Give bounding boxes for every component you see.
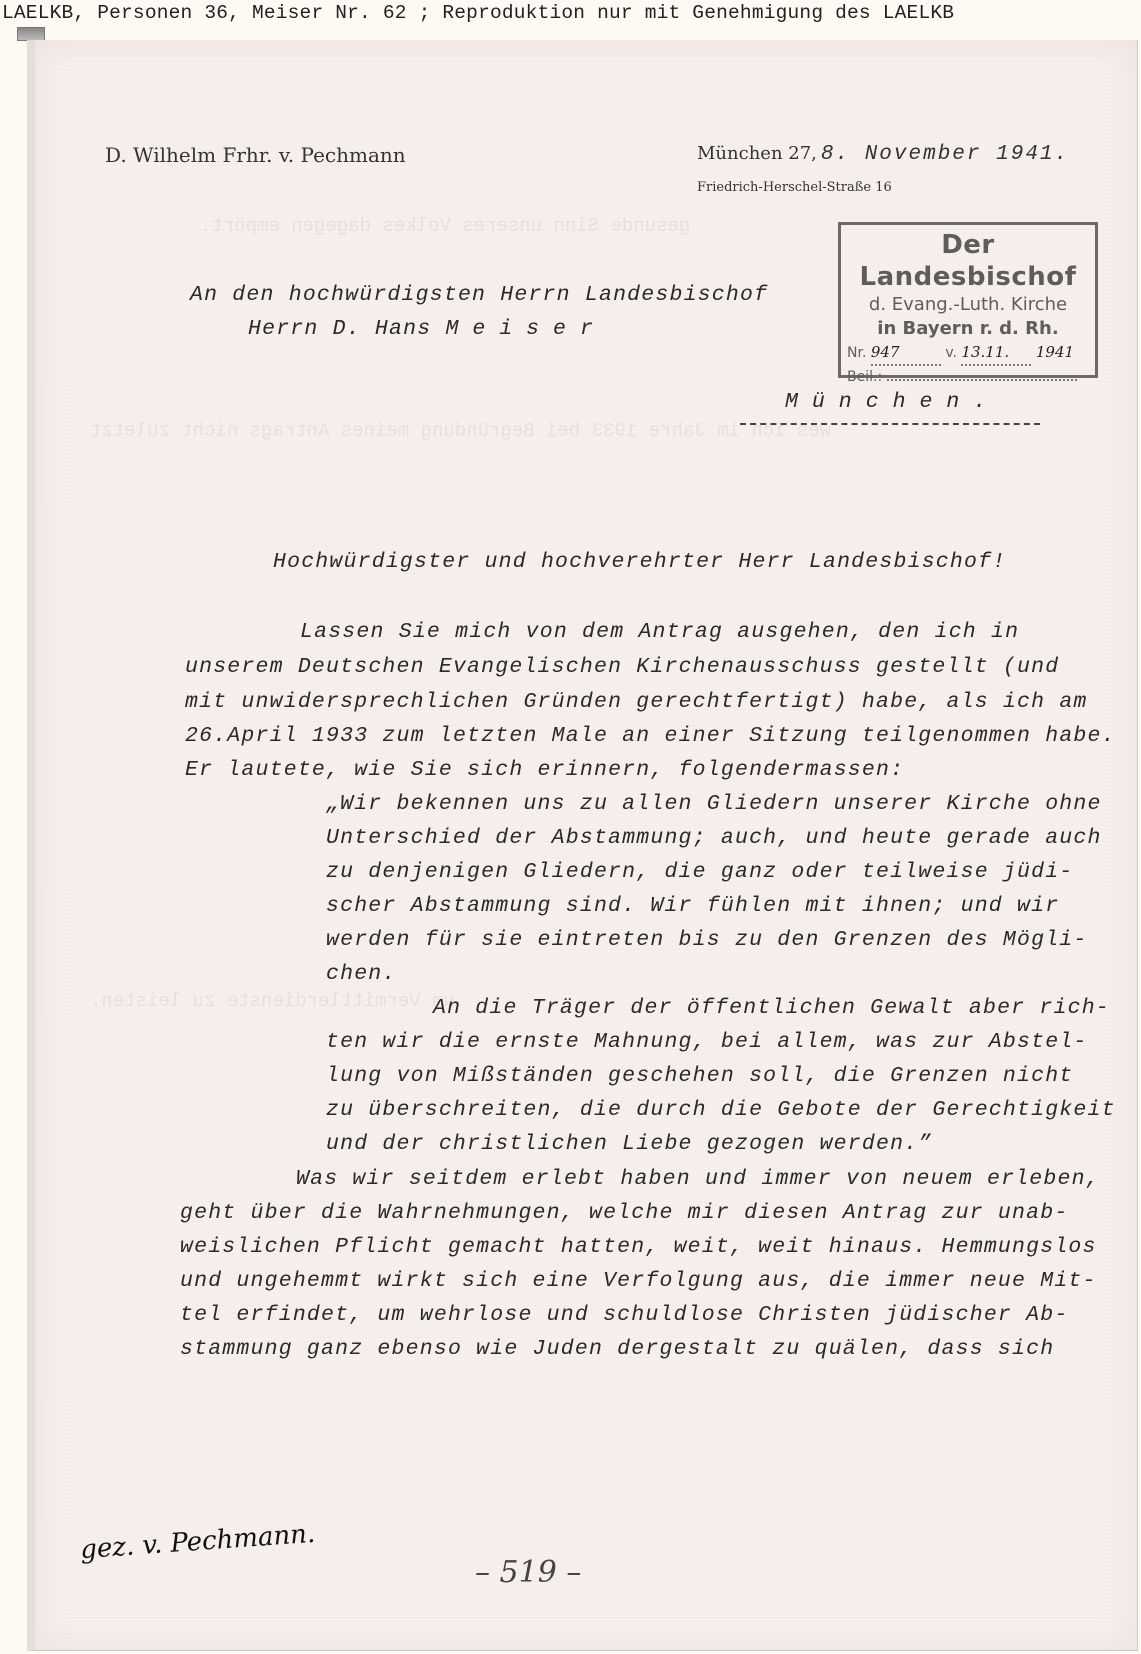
body-line: geht über die Wahrnehmungen, welche mir … bbox=[180, 1201, 1068, 1225]
quote-line: chen. bbox=[326, 962, 397, 986]
address-recipient-surname: Meiser bbox=[445, 317, 606, 341]
quote-line: und der christlichen Liebe gezogen werde… bbox=[326, 1132, 932, 1156]
stamp-line-1: Der Landesbischof bbox=[841, 229, 1095, 293]
body-line: mit unwidersprechlichen Gründen gerechtf… bbox=[185, 690, 1088, 714]
stamp-nr-label: Nr. bbox=[847, 345, 866, 361]
letterhead-city-date: München 27, 8. November 1941. bbox=[697, 143, 1069, 166]
letterhead-street: Friedrich-Herschel-Straße 16 bbox=[697, 180, 892, 195]
address-line-1: An den hochwürdigsten Herrn Landesbischo… bbox=[190, 283, 768, 307]
quote-line: zu denjenigen Gliedern, die ganz oder te… bbox=[326, 860, 1073, 884]
quote-line: werden für sie eintreten bis zu den Gren… bbox=[326, 928, 1088, 952]
body-line: unserem Deutschen Evangelischen Kirchena… bbox=[185, 655, 1059, 679]
address-city: München. bbox=[785, 390, 1000, 414]
stamp-line-2: d. Evang.-Luth. Kirche bbox=[841, 293, 1095, 317]
bleed-through-text: um Vermittlerdienste zu leisten. bbox=[90, 990, 455, 1012]
bleed-through-text: gesunde Sinn unseres Volkes dagegen empö… bbox=[200, 215, 690, 237]
stamp-date-value: 13.11. bbox=[961, 343, 1009, 361]
stamp-number-row: Nr. 947 v. 13.11. 1941 bbox=[841, 341, 1095, 366]
stamp-nr-value: 947 bbox=[871, 343, 900, 361]
receipt-stamp: Der Landesbischof d. Evang.-Luth. Kirche… bbox=[838, 222, 1098, 378]
letter-date: 8. November 1941. bbox=[821, 143, 1069, 166]
address-underline bbox=[740, 423, 1040, 425]
body-line: tel erfindet, um wehrlose und schuldlose… bbox=[180, 1303, 1068, 1327]
body-line: Er lautete, wie Sie sich erinnern, folge… bbox=[185, 758, 904, 782]
stamp-beil-row: Beil.: bbox=[841, 366, 1095, 388]
stamp-v-label: v. bbox=[945, 345, 957, 361]
bleed-through-text: wes ich im Jahre 1933 bei Begründung mei… bbox=[90, 420, 831, 442]
archive-header: LAELKB, Personen 36, Meiser Nr. 62 ; Rep… bbox=[2, 0, 954, 26]
body-line: und ungehemmt wirkt sich eine Verfolgung… bbox=[180, 1269, 1097, 1293]
handwritten-page-number: – 519 – bbox=[475, 1555, 581, 1590]
quote-line: lung von Mißständen geschehen soll, die … bbox=[326, 1064, 1073, 1088]
body-line: weislichen Pflicht gemacht hatten, weit,… bbox=[180, 1235, 1097, 1259]
quote-line: zu überschreiten, die durch die Gebote d… bbox=[326, 1098, 1116, 1122]
quote-line: ten wir die ernste Mahnung, bei allem, w… bbox=[326, 1030, 1088, 1054]
quote-line: „Wir bekennen uns zu allen Gliedern unse… bbox=[326, 792, 1102, 816]
quote-line: An die Träger der öffentlichen Gewalt ab… bbox=[433, 996, 1110, 1020]
quote-line: scher Abstammung sind. Wir fühlen mit ih… bbox=[326, 894, 1059, 918]
address-recipient-prefix: Herrn D. Hans bbox=[248, 317, 431, 341]
quote-line: Unterschied der Abstammung; auch, und he… bbox=[326, 826, 1102, 850]
stamp-year: 1941 bbox=[1036, 343, 1074, 361]
body-line: 26.April 1933 zum letzten Male an einer … bbox=[185, 724, 1116, 748]
stamp-beil-label: Beil.: bbox=[847, 369, 882, 385]
body-line: stammung ganz ebenso wie Juden dergestal… bbox=[180, 1337, 1054, 1361]
letterhead-sender: D. Wilhelm Frhr. v. Pechmann bbox=[105, 143, 406, 167]
body-line: Lassen Sie mich von dem Antrag ausgehen,… bbox=[300, 620, 1019, 644]
salutation: Hochwürdigster und hochverehrter Herr La… bbox=[273, 550, 1006, 574]
address-line-2: Herrn D. Hans Meiser bbox=[248, 317, 607, 341]
letterhead-city: München 27, bbox=[697, 143, 817, 164]
paper-clip bbox=[17, 27, 45, 41]
stamp-line-3: in Bayern r. d. Rh. bbox=[841, 317, 1095, 341]
body-line: Was wir seitdem erlebt haben und immer v… bbox=[296, 1167, 1100, 1191]
